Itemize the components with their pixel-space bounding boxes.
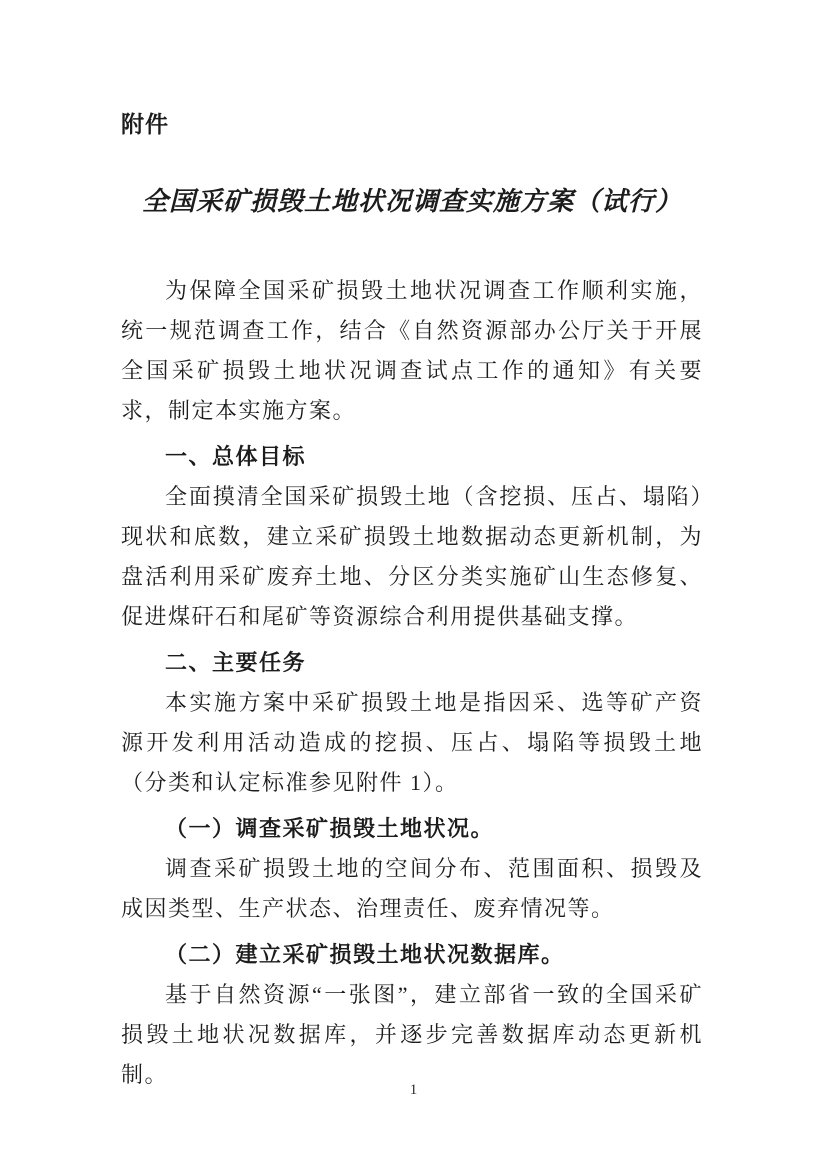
subsection-1-heading: （一）调查采矿损毁土地状况。: [121, 809, 703, 849]
document-title: 全国采矿损毁土地状况调查实施方案（试行）: [121, 182, 703, 222]
subsection-1-paragraph: 调查采矿损毁土地的空间分布、范围面积、损毁及成因类型、生产状态、治理责任、废弃情…: [121, 849, 703, 929]
subsection-2-paragraph: 基于自然资源“一张图”，建立部省一致的全国采矿损毁土地状况数据库，并逐步完善数据…: [121, 975, 703, 1095]
document-body: 为保障全国采矿损毁土地状况调查工作顺利实施，统一规范调查工作，结合《自然资源部办…: [121, 271, 703, 1095]
page-number: 1: [0, 1080, 827, 1100]
section-2-heading: 二、主要任务: [121, 643, 703, 683]
intro-paragraph: 为保障全国采矿损毁土地状况调查工作顺利实施，统一规范调查工作，结合《自然资源部办…: [121, 271, 703, 431]
subsection-2-heading: （二）建立采矿损毁土地状况数据库。: [121, 935, 703, 975]
section-1-paragraph: 全面摸清全国采矿损毁土地（含挖损、压占、塌陷）现状和底数，建立采矿损毁土地数据动…: [121, 477, 703, 637]
section-1-heading: 一、总体目标: [121, 437, 703, 477]
section-2-paragraph: 本实施方案中采矿损毁土地是指因采、选等矿产资源开发利用活动造成的挖损、压占、塌陷…: [121, 683, 703, 803]
document-page: 附件 全国采矿损毁土地状况调查实施方案（试行） 为保障全国采矿损毁土地状况调查工…: [0, 0, 827, 1169]
attachment-label: 附件: [121, 110, 703, 138]
